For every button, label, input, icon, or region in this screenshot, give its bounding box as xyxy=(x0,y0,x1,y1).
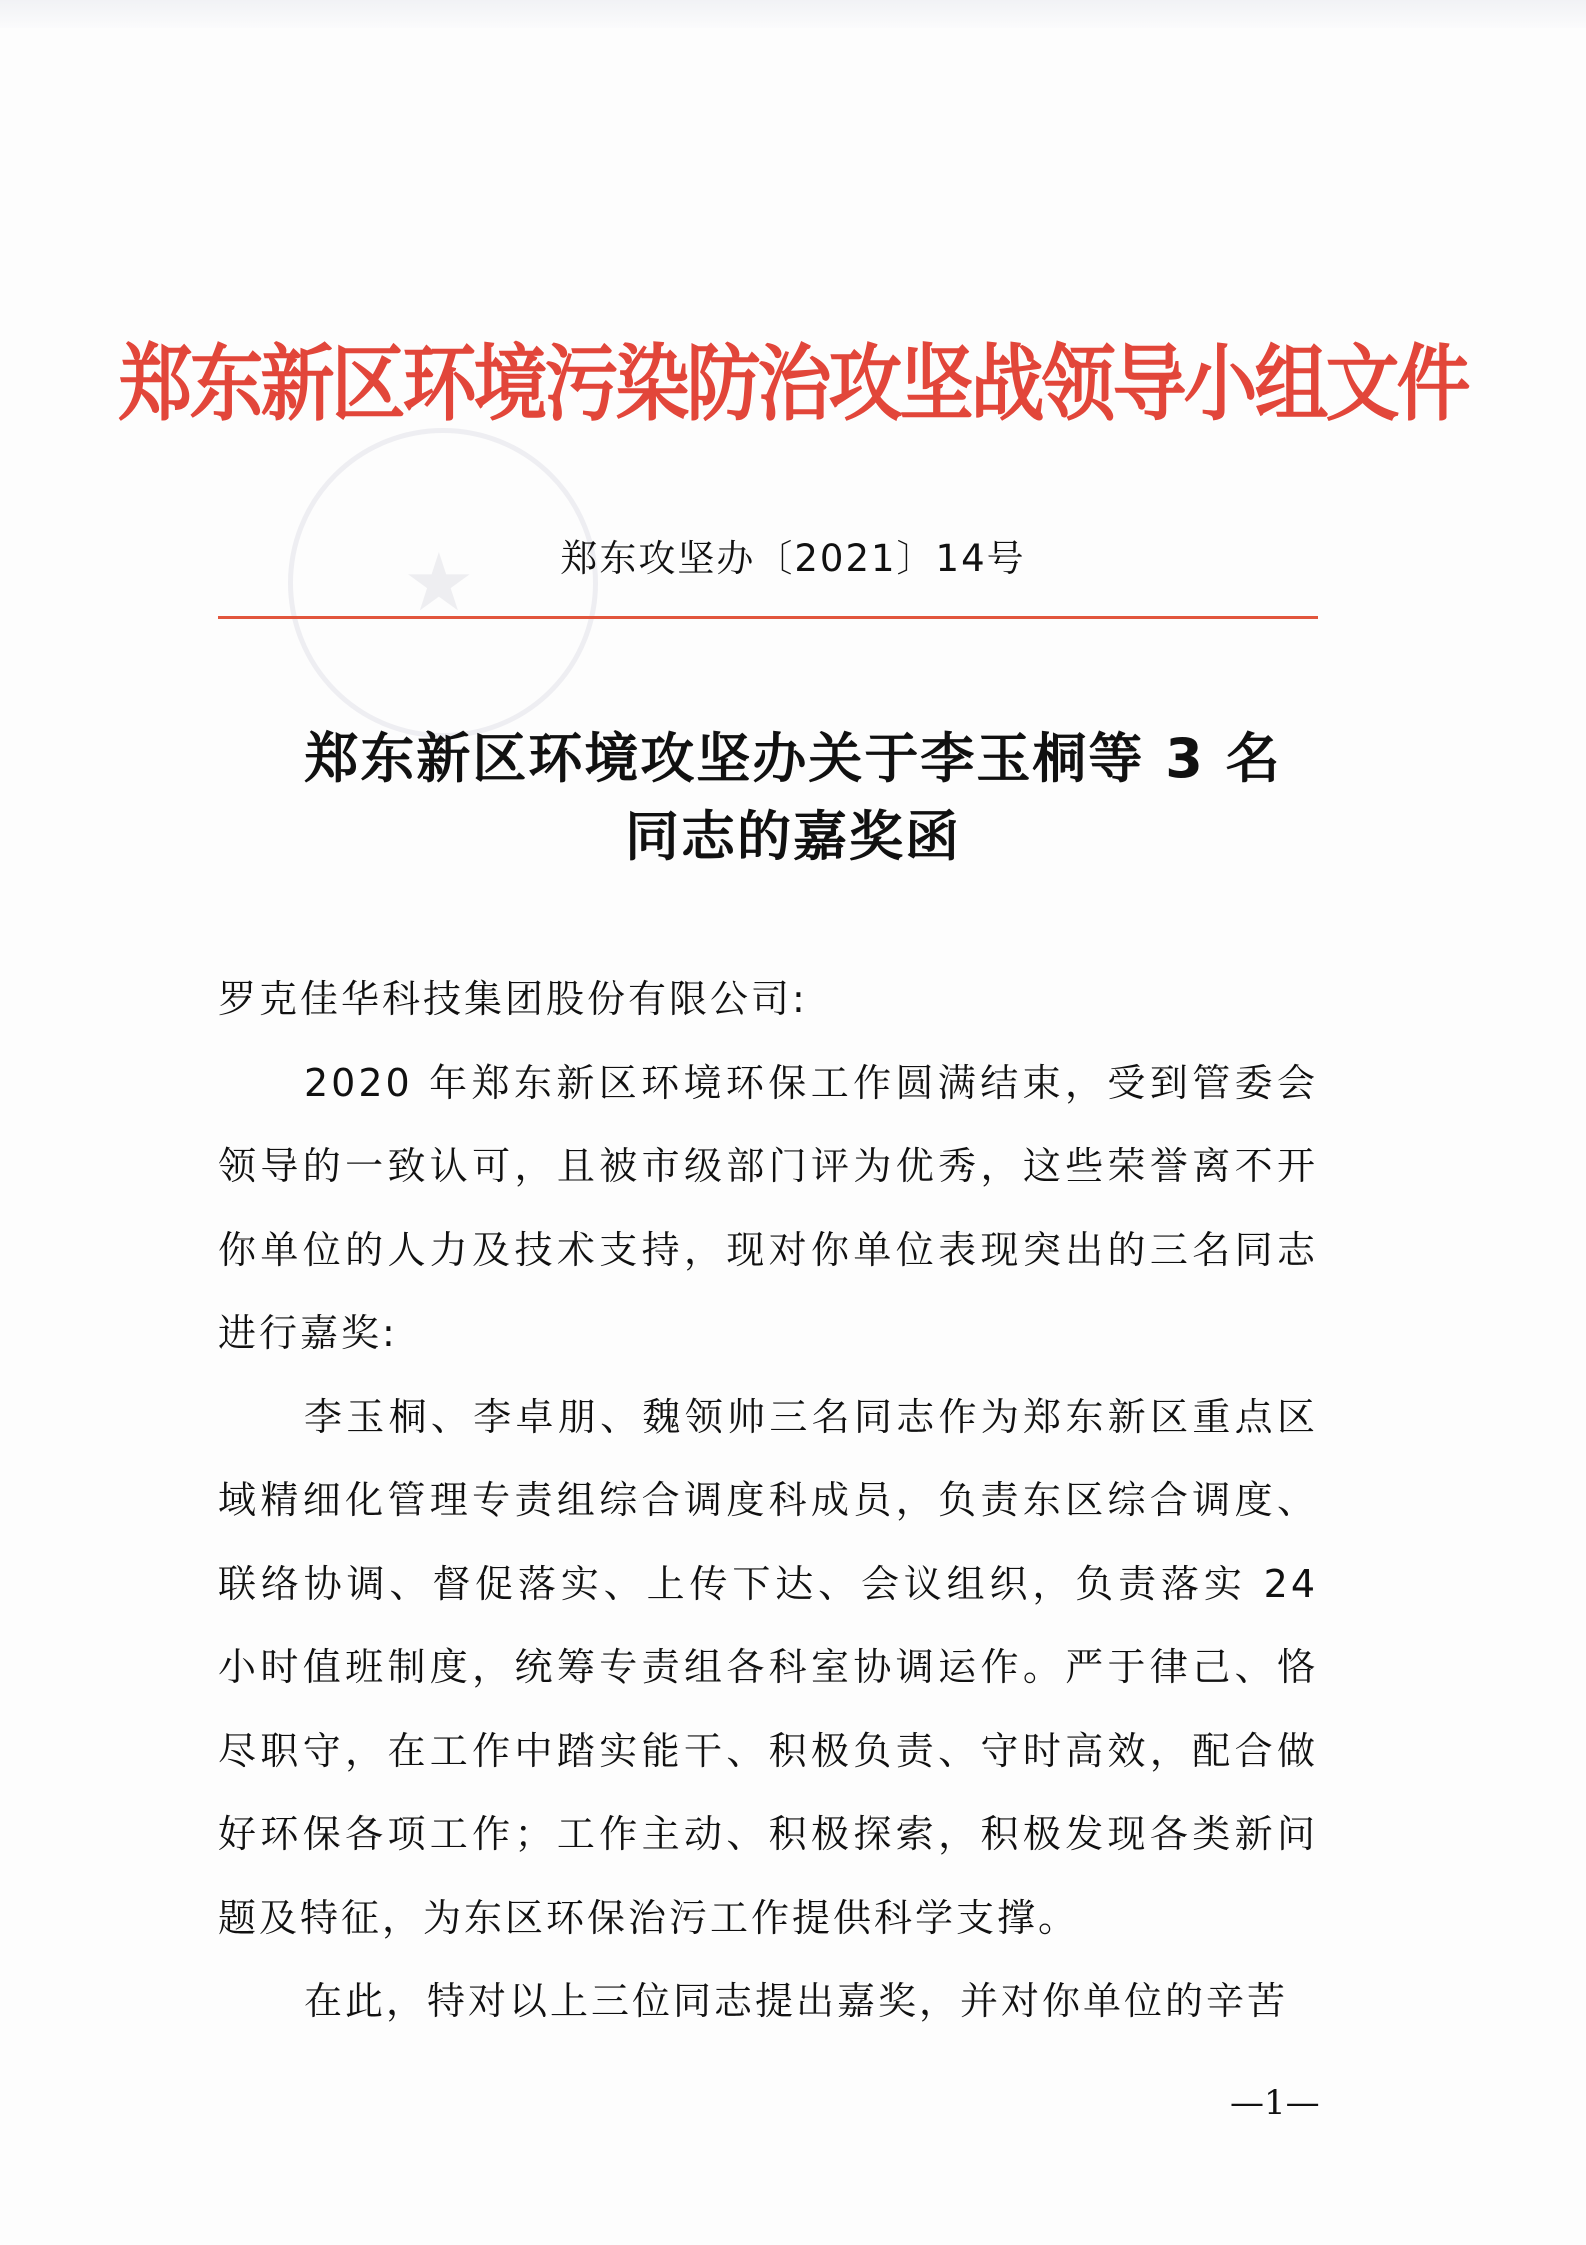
red-divider xyxy=(218,616,1318,619)
scan-edge xyxy=(0,0,1586,28)
paragraph-1: 2020 年郑东新区环境环保工作圆满结束，受到管委会领导的一致认可，且被市级部门… xyxy=(218,1042,1318,1376)
document-number: 郑东攻坚办〔2021〕14号 xyxy=(0,528,1586,582)
document-body: 罗克佳华科技集团股份有限公司: 2020 年郑东新区环境环保工作圆满结束，受到管… xyxy=(218,958,1318,2044)
page-number: —1— xyxy=(1230,2083,1320,2123)
faded-seal-stamp: ★ xyxy=(288,428,598,738)
paragraph-3: 在此，特对以上三位同志提出嘉奖，并对你单位的辛苦 xyxy=(218,1960,1318,2044)
title-line-2: 同志的嘉奖函 xyxy=(0,798,1586,876)
addressee: 罗克佳华科技集团股份有限公司: xyxy=(218,958,1318,1042)
document-title: 郑东新区环境攻坚办关于李玉桐等 3 名 同志的嘉奖函 xyxy=(0,720,1586,876)
paragraph-2: 李玉桐、李卓朋、魏领帅三名同志作为郑东新区重点区域精细化管理专责组综合调度科成员… xyxy=(218,1376,1318,1961)
document-page: ★ 郑东新区环境污染防治攻坚战领导小组文件 郑东攻坚办〔2021〕14号 郑东新… xyxy=(0,0,1586,2245)
title-line-1: 郑东新区环境攻坚办关于李玉桐等 3 名 xyxy=(0,720,1586,798)
issuer-header: 郑东新区环境污染防治攻坚战领导小组文件 xyxy=(0,319,1586,438)
